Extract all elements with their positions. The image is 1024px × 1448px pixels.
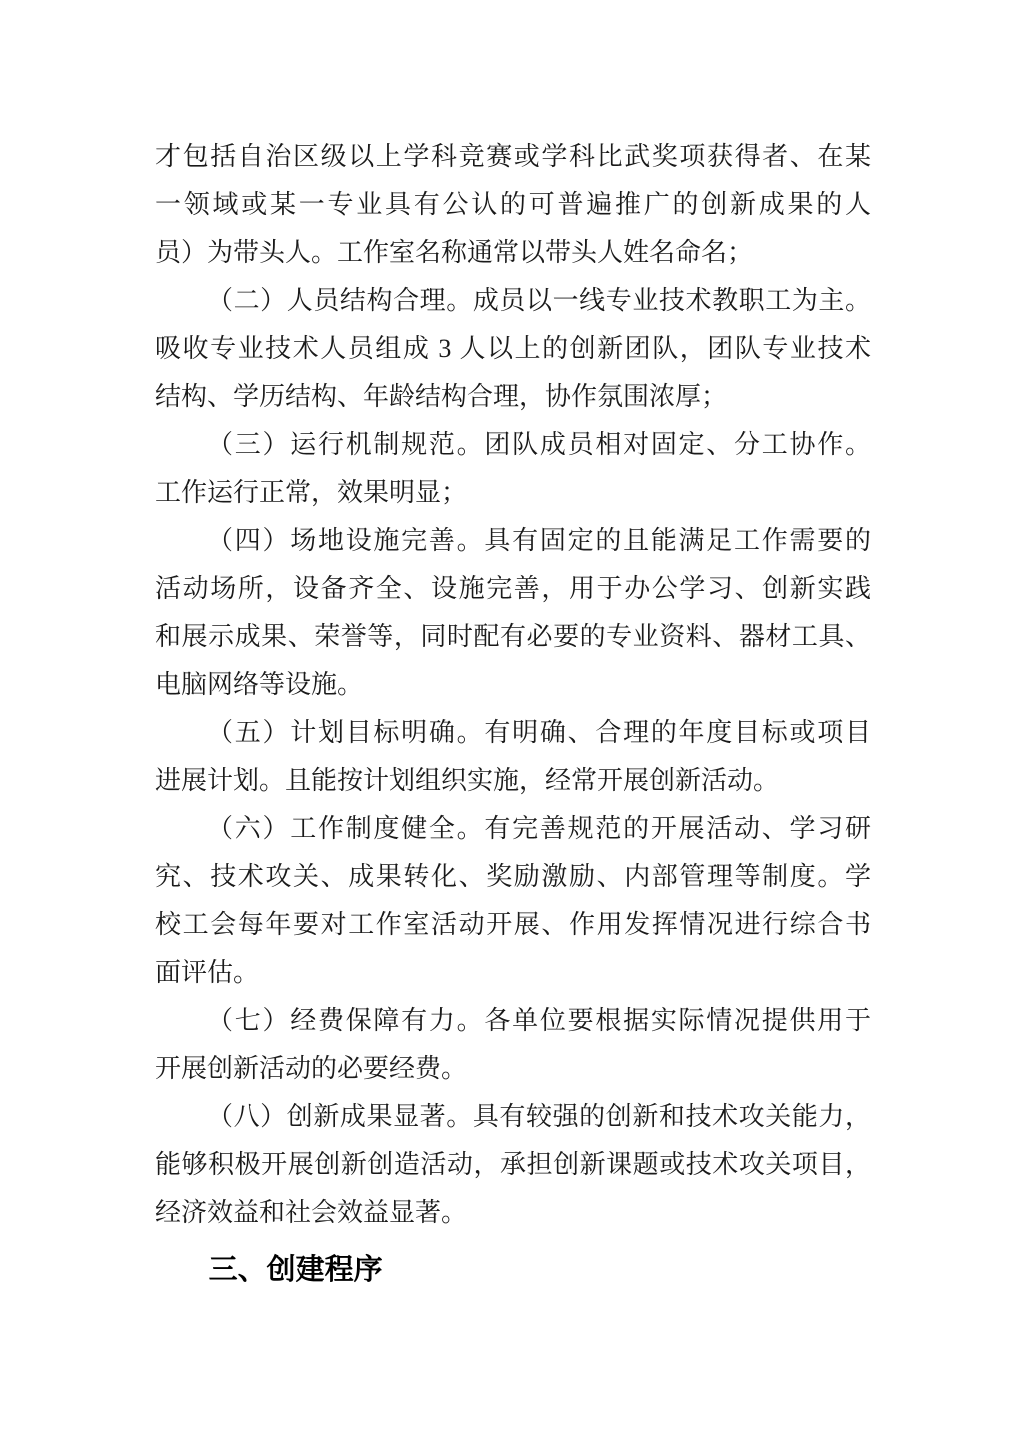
paragraph: （六）工作制度健全。有完善规范的开展活动、学习研究、技术攻关、成果转化、奖励激励… xyxy=(155,805,871,997)
paragraph-line: 进展计划。且能按计划组织实施，经常开展创新活动。 xyxy=(155,757,871,805)
paragraph-line: 和展示成果、荣誉等，同时配有必要的专业资料、器材工具、 xyxy=(155,613,871,661)
paragraph-line: 电脑网络等设施。 xyxy=(155,661,871,709)
paragraph-line: 一领域或某一专业具有公认的可普遍推广的创新成果的人 xyxy=(155,181,871,229)
paragraph-line: 才包括自治区级以上学科竞赛或学科比武奖项获得者、在某 xyxy=(155,133,871,181)
paragraph: （五）计划目标明确。有明确、合理的年度目标或项目进展计划。且能按计划组织实施，经… xyxy=(155,709,871,805)
paragraph: （八）创新成果显著。具有较强的创新和技术攻关能力，能够积极开展创新创造活动，承担… xyxy=(155,1093,871,1237)
paragraph-line: （七）经费保障有力。各单位要根据实际情况提供用于 xyxy=(155,997,871,1045)
document-body: 才包括自治区级以上学科竞赛或学科比武奖项获得者、在某一领域或某一专业具有公认的可… xyxy=(155,133,871,1294)
paragraph: （二）人员结构合理。成员以一线专业技术教职工为主。吸收专业技术人员组成 3 人以… xyxy=(155,277,871,421)
paragraph-line: 活动场所，设备齐全、设施完善，用于办公学习、创新实践 xyxy=(155,565,871,613)
paragraph-line: （八）创新成果显著。具有较强的创新和技术攻关能力， xyxy=(155,1093,871,1141)
paragraph-line: 面评估。 xyxy=(155,949,871,997)
paragraph-line: 工作运行正常，效果明显； xyxy=(155,469,871,517)
paragraph-line: （三）运行机制规范。团队成员相对固定、分工协作。 xyxy=(155,421,871,469)
paragraph-line: （六）工作制度健全。有完善规范的开展活动、学习研 xyxy=(155,805,871,853)
paragraph-line: （二）人员结构合理。成员以一线专业技术教职工为主。 xyxy=(155,277,871,325)
paragraph-line: 究、技术攻关、成果转化、奖励激励、内部管理等制度。学 xyxy=(155,853,871,901)
paragraph-line: 校工会每年要对工作室活动开展、作用发挥情况进行综合书 xyxy=(155,901,871,949)
paragraph-line: 结构、学历结构、年龄结构合理，协作氛围浓厚； xyxy=(155,373,871,421)
paragraph-line: 经济效益和社会效益显著。 xyxy=(155,1189,871,1237)
paragraph-line: 开展创新活动的必要经费。 xyxy=(155,1045,871,1093)
paragraph-line: （四）场地设施完善。具有固定的且能满足工作需要的 xyxy=(155,517,871,565)
paragraph: （三）运行机制规范。团队成员相对固定、分工协作。工作运行正常，效果明显； xyxy=(155,421,871,517)
paragraph: 才包括自治区级以上学科竞赛或学科比武奖项获得者、在某一领域或某一专业具有公认的可… xyxy=(155,133,871,277)
paragraph-line: （五）计划目标明确。有明确、合理的年度目标或项目 xyxy=(155,709,871,757)
paragraph: （七）经费保障有力。各单位要根据实际情况提供用于开展创新活动的必要经费。 xyxy=(155,997,871,1093)
paragraph-line: 吸收专业技术人员组成 3 人以上的创新团队，团队专业技术 xyxy=(155,325,871,373)
section-heading: 三、创建程序 xyxy=(155,1246,871,1294)
paragraph-line: 能够积极开展创新创造活动，承担创新课题或技术攻关项目， xyxy=(155,1141,871,1189)
paragraph: （四）场地设施完善。具有固定的且能满足工作需要的活动场所，设备齐全、设施完善，用… xyxy=(155,517,871,709)
paragraph-line: 员）为带头人。工作室名称通常以带头人姓名命名； xyxy=(155,229,871,277)
document-page: 才包括自治区级以上学科竞赛或学科比武奖项获得者、在某一领域或某一专业具有公认的可… xyxy=(0,0,1024,1448)
